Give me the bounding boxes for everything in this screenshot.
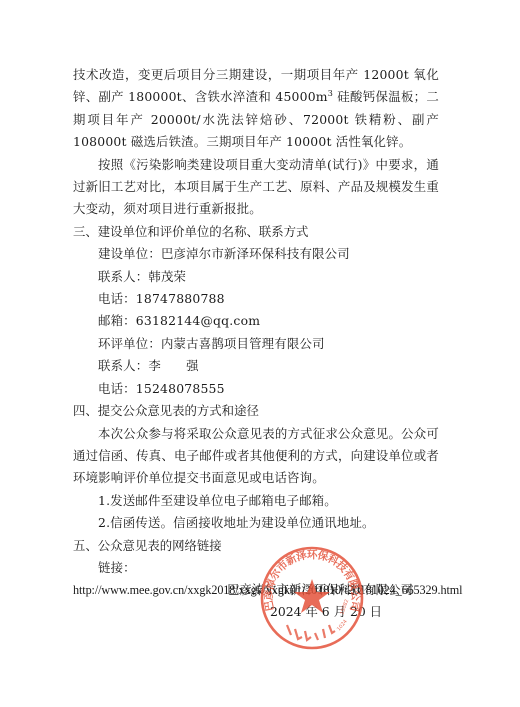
eia-phone: 电话：15248078555	[73, 378, 439, 400]
submission-intro: 本次公众参与将采取公众意见表的方式征求公众意见。公众可通过信函、传真、电子邮件或…	[73, 423, 439, 490]
document-page: 技术改造，变更后项目分三期建设，一期项目年产 12000t 氧化锌、副产 180…	[0, 0, 520, 707]
section-heading-submission: 四、提交公众意见表的方式和途径	[73, 400, 439, 422]
signature-company: 巴彦淖尔市新泽环保科技有限公司	[227, 580, 413, 600]
builder-contact: 联系人：韩茂荣	[73, 266, 439, 288]
section-heading-contacts: 三、建设单位和评价单位的名称、联系方式	[73, 221, 439, 243]
link-label: 链接：	[73, 557, 439, 579]
document-body: 技术改造，变更后项目分三期建设，一期项目年产 12000t 氧化锌、副产 180…	[73, 64, 439, 602]
submission-item-email: 1.发送邮件至建设单位电子邮箱电子邮箱。	[73, 490, 439, 512]
paragraph-major-change: 按照《污染影响类建设项目重大变动清单(试行)》中要求，通过新旧工艺对比，本项目属…	[73, 154, 439, 221]
section-heading-link: 五、公众意见表的网络链接	[73, 535, 439, 557]
builder-email: 邮箱：63182144@qq.com	[73, 310, 439, 332]
submission-item-letter: 2.信函传送。信函接收地址为建设单位通讯地址。	[73, 512, 439, 534]
paragraph-project-phases: 技术改造，变更后项目分三期建设，一期项目年产 12000t 氧化锌、副产 180…	[73, 64, 439, 154]
builder-phone: 电话：18747880788	[73, 288, 439, 310]
signature-date: 2024 年 6 月 20 日	[270, 602, 382, 622]
builder-unit: 建设单位：巴彦淖尔市新泽环保科技有限公司	[73, 243, 439, 265]
eia-contact: 联系人：李 强	[73, 355, 439, 377]
eia-unit: 环评单位：内蒙古喜鹊项目管理有限公司	[73, 333, 439, 355]
